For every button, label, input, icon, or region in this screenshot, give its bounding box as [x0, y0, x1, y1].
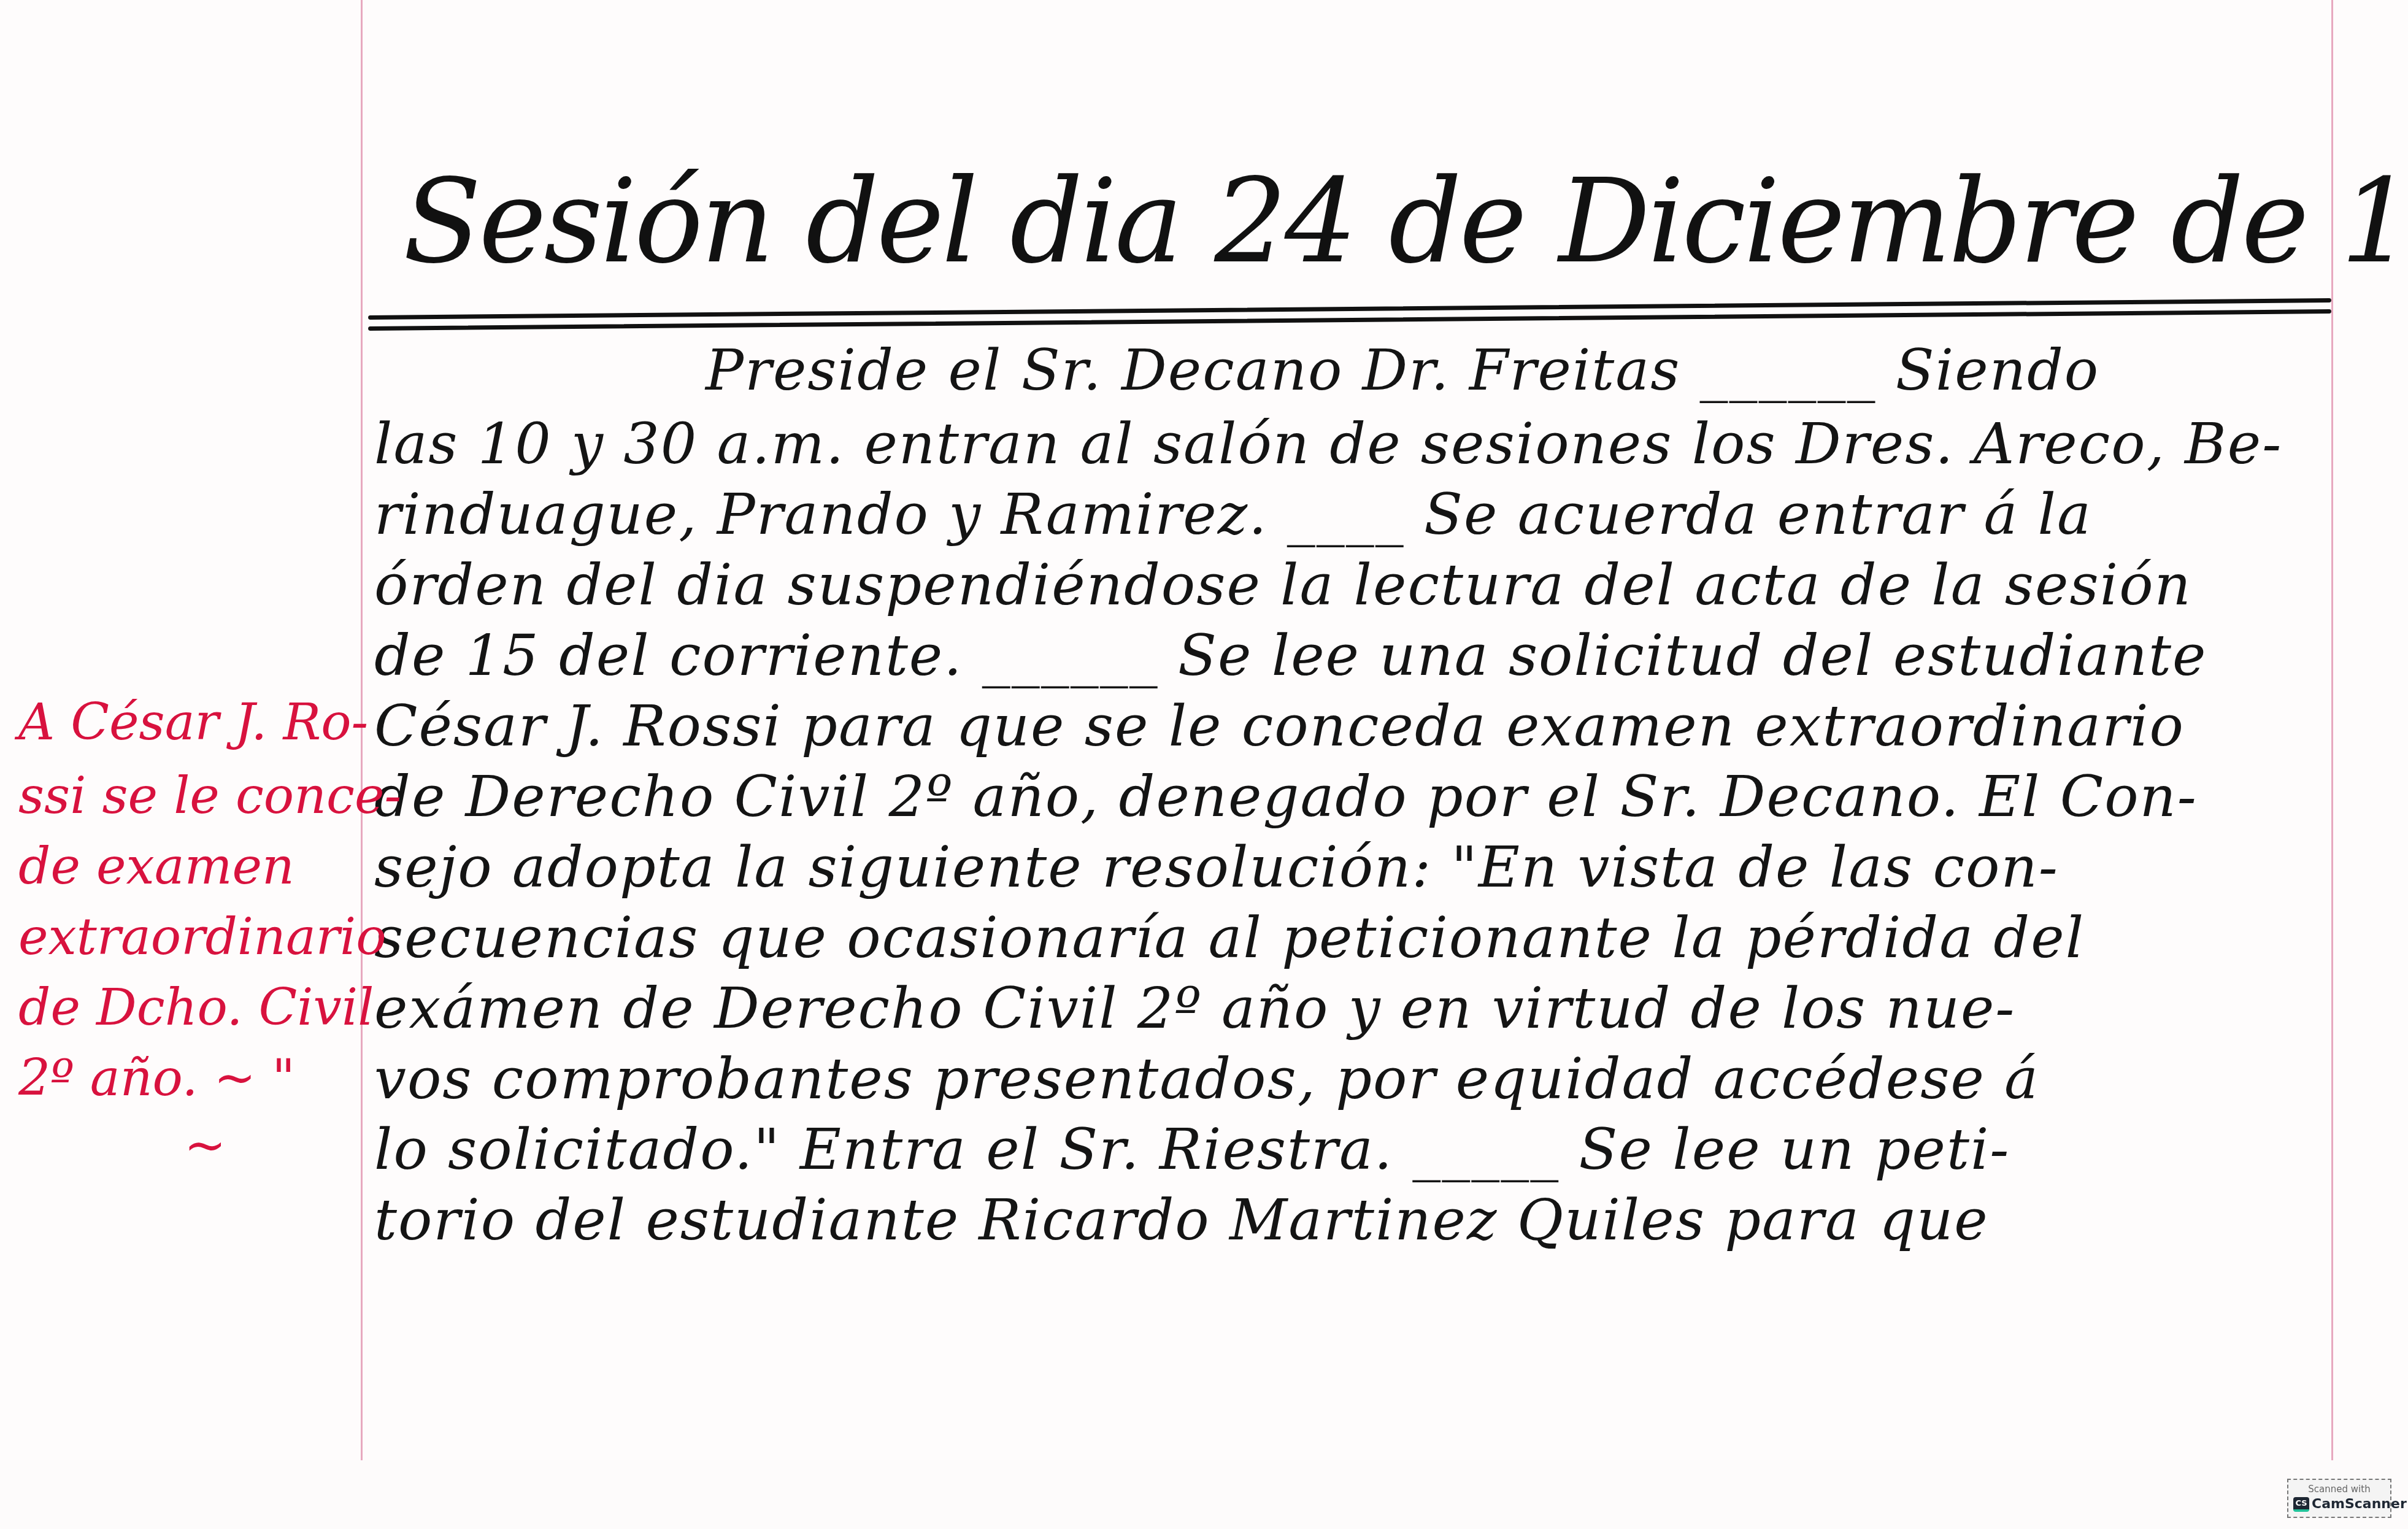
- ledger-page: Sesión del dia 24 de Diciembre de 1910 P…: [0, 0, 2408, 1460]
- body-line: Preside el Sr. Decano Dr. Freitas ______…: [706, 337, 2099, 403]
- body-line: de 15 del corriente. ______ Se lee una s…: [374, 623, 2207, 688]
- margin-line: de Dcho. Civil: [18, 979, 374, 1037]
- camscanner-watermark: Scanned with CS CamScanner: [2287, 1479, 2391, 1518]
- camscanner-logo-icon: CS: [2293, 1497, 2309, 1512]
- margin-line: extraordinario: [18, 908, 387, 966]
- watermark-caption: Scanned with: [2288, 1484, 2390, 1495]
- margin-line: ~: [184, 1117, 226, 1175]
- watermark-brand: CamScanner: [2312, 1496, 2407, 1512]
- session-title: Sesión del dia 24 de Diciembre de 1910: [403, 153, 2408, 289]
- margin-line: de examen: [18, 838, 294, 896]
- body-line: las 10 y 30 a.m. entran al salón de sesi…: [374, 411, 2282, 477]
- body-line: de Derecho Civil 2º año, denegado por el…: [374, 764, 2198, 830]
- body-line: órden del dia suspendiéndose la lectura …: [374, 552, 2192, 618]
- margin-line: ssi se le conce-: [18, 767, 401, 825]
- body-line: vos comprobantes presentados, por equida…: [374, 1046, 2039, 1112]
- body-line: César J. Rossi para que se le conceda ex…: [374, 693, 2185, 759]
- title-underline-1: [368, 298, 2331, 320]
- body-line: rinduague, Prando y Ramirez. ____ Se acu…: [374, 482, 2092, 547]
- margin-line: A César J. Ro-: [18, 693, 368, 752]
- body-line: sejo adopta la siguiente resolución: "En…: [374, 834, 2059, 900]
- body-line: lo solicitado." Entra el Sr. Riestra. __…: [374, 1117, 2010, 1182]
- body-line: exámen de Derecho Civil 2º año y en virt…: [374, 976, 2015, 1041]
- body-line: secuencias que ocasionaría al peticionan…: [374, 905, 2085, 971]
- margin-line: 2º año. ~ ": [18, 1049, 295, 1107]
- body-line: torio del estudiante Ricardo Martinez Qu…: [374, 1187, 1989, 1253]
